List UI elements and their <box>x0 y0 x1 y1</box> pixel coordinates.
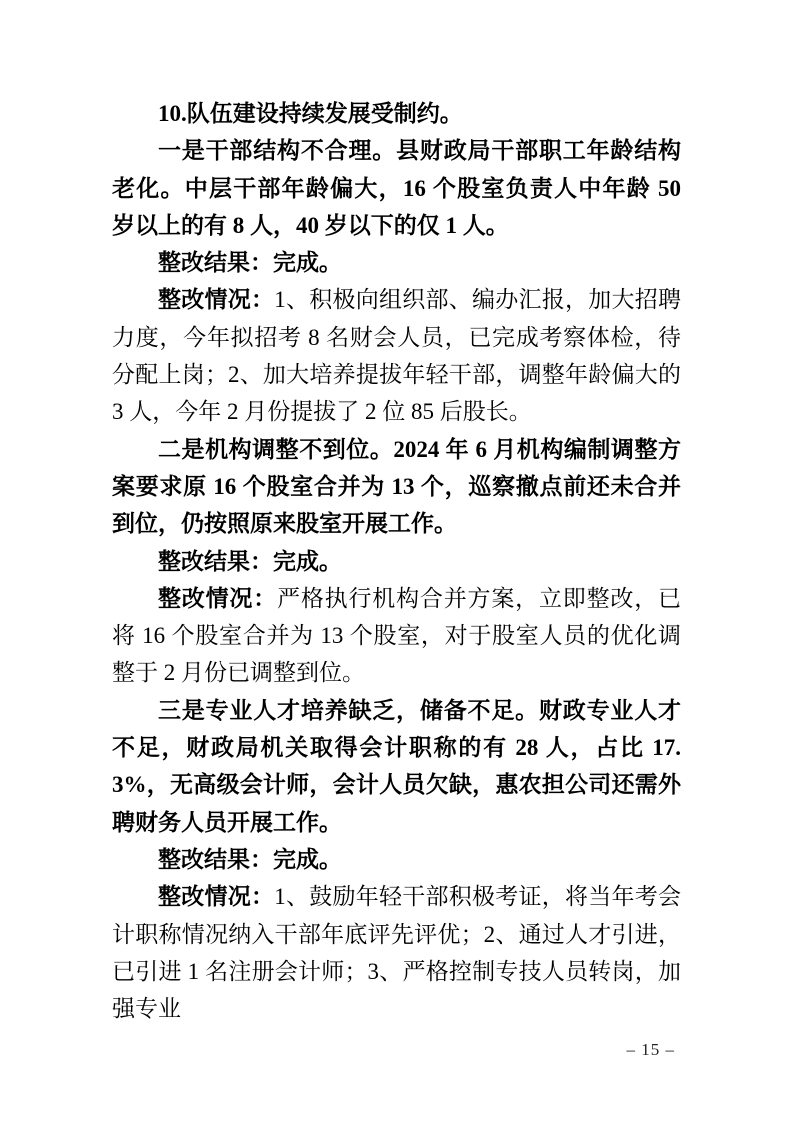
rectification-status-label: 整改情况： <box>158 586 277 611</box>
issue-1-description: 一是干部结构不合理。县财政局干部职工年龄结构老化。中层干部年龄偏大，16 个股室… <box>112 132 681 244</box>
issue-3-result: 整改结果：完成。 <box>112 841 681 878</box>
page-number: – 15 – <box>627 1040 676 1060</box>
issue-1-result-text: 整改结果：完成。 <box>158 250 342 275</box>
document-page: 10.队伍建设持续发展受制约。 一是干部结构不合理。县财政局干部职工年龄结构老化… <box>0 0 793 1122</box>
section-heading-10: 10.队伍建设持续发展受制约。 <box>112 95 681 132</box>
issue-2-result-text: 整改结果：完成。 <box>158 549 342 574</box>
issue-2-detail: 整改情况：严格执行机构合并方案，立即整改，已将 16 个股室合并为 13 个股室… <box>112 580 681 692</box>
issue-3-detail: 整改情况：1、鼓励年轻干部积极考证，将当年考会计职称情况纳入干部年底评先评优；2… <box>112 878 681 1027</box>
document-body: 10.队伍建设持续发展受制约。 一是干部结构不合理。县财政局干部职工年龄结构老化… <box>112 95 681 1027</box>
page-number-text: – 15 – <box>627 1040 676 1059</box>
issue-3-result-text: 整改结果：完成。 <box>158 847 342 872</box>
issue-2-description: 二是机构调整不到位。2024 年 6 月机构编制调整方案要求原 16 个股室合并… <box>112 431 681 543</box>
rectification-status-label: 整改情况： <box>158 884 274 909</box>
issue-1-text: 一是干部结构不合理。县财政局干部职工年龄结构老化。中层干部年龄偏大，16 个股室… <box>112 138 681 238</box>
issue-2-result: 整改结果：完成。 <box>112 543 681 580</box>
issue-1-detail: 整改情况：1、积极向组织部、编办汇报，加大招聘力度，今年拟招考 8 名财会人员，… <box>112 281 681 430</box>
rectification-status-label: 整改情况： <box>158 287 274 312</box>
issue-1-result: 整改结果：完成。 <box>112 244 681 281</box>
issue-3-text: 三是专业人才培养缺乏，储备不足。财政专业人才不足，财政局机关取得会计职称的有 2… <box>112 698 681 835</box>
issue-2-text: 二是机构调整不到位。2024 年 6 月机构编制调整方案要求原 16 个股室合并… <box>112 437 681 537</box>
section-heading-text: 10.队伍建设持续发展受制约。 <box>158 101 463 126</box>
issue-3-description: 三是专业人才培养缺乏，储备不足。财政专业人才不足，财政局机关取得会计职称的有 2… <box>112 692 681 841</box>
